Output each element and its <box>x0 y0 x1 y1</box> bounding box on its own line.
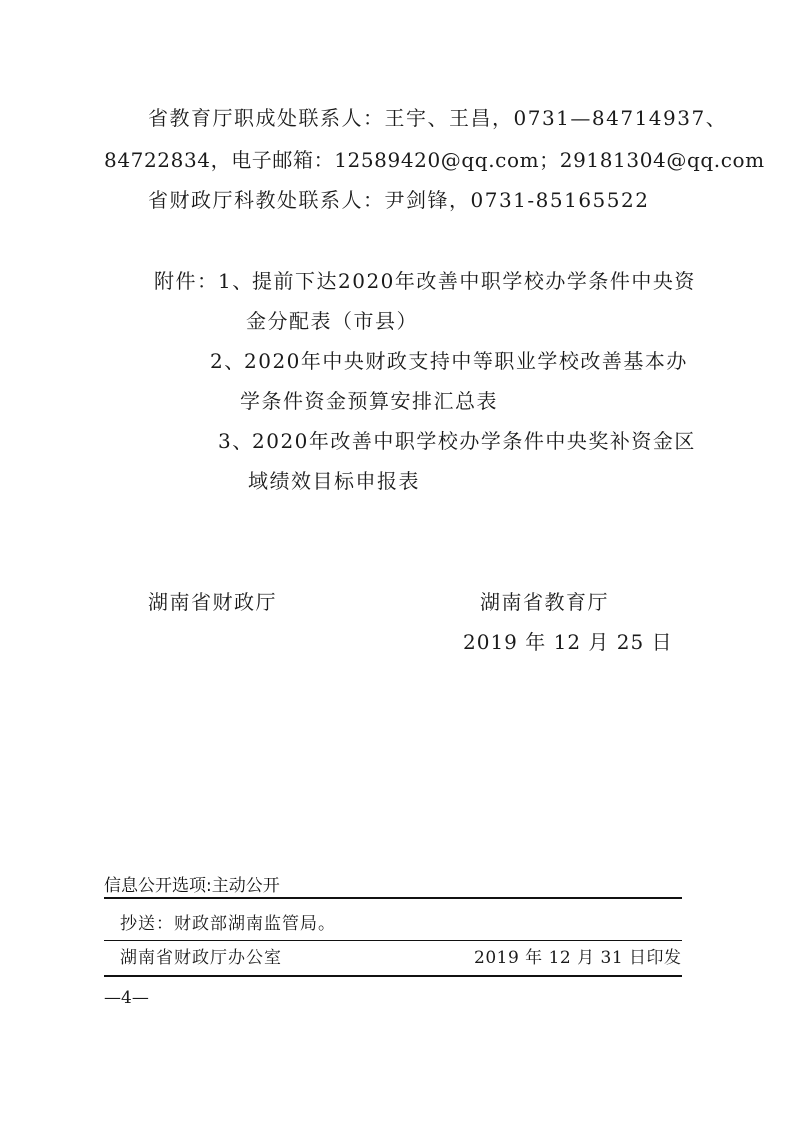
disclosure-option: 信息公开选项:主动公开 <box>104 872 280 900</box>
attachment-2-line2: 学条件资金预算安排汇总表 <box>240 387 498 415</box>
attachment-3-line2: 域绩效目标申报表 <box>248 467 420 495</box>
attachment-3-line1: 2020年改善中职学校办学条件中央奖补资金区 <box>252 427 696 455</box>
contact-line-education: 省教育厅职成处联系人：王宇、王昌，0731—84714937、 <box>148 104 727 132</box>
footer-divider-middle <box>104 940 682 941</box>
footer-divider-bottom <box>104 975 682 977</box>
contact-line-emails: 84722834，电子邮箱：12589420@qq.com；29181304@q… <box>104 146 765 174</box>
signature-finance-dept: 湖南省财政厅 <box>148 588 277 616</box>
attachment-3-number: 3、 <box>218 427 254 455</box>
issuing-office: 湖南省财政厅办公室 <box>120 944 282 972</box>
issue-date: 2019 年 12 月 31 日印发 <box>474 944 682 972</box>
attachments-label: 附件： <box>154 267 219 295</box>
attachment-2-line1: 2020年中央财政支持中等职业学校改善基本办 <box>244 347 688 375</box>
page-number: —4— <box>104 984 149 1012</box>
signature-date: 2019 年 12 月 25 日 <box>463 628 673 656</box>
contact-line-finance: 省财政厅科教处联系人：尹剑锋，0731-85165522 <box>148 186 649 214</box>
attachment-1-line2: 金分配表（市县） <box>246 307 418 335</box>
cc-recipients: 抄送：财政部湖南监管局。 <box>120 910 336 938</box>
signature-education-dept: 湖南省教育厅 <box>480 588 609 616</box>
footer-divider-top <box>104 897 682 899</box>
attachment-1-number: 1、 <box>218 267 254 295</box>
attachment-1-line1: 提前下达2020年改善中职学校办学条件中央资 <box>252 267 696 295</box>
attachment-2-number: 2、 <box>210 347 246 375</box>
